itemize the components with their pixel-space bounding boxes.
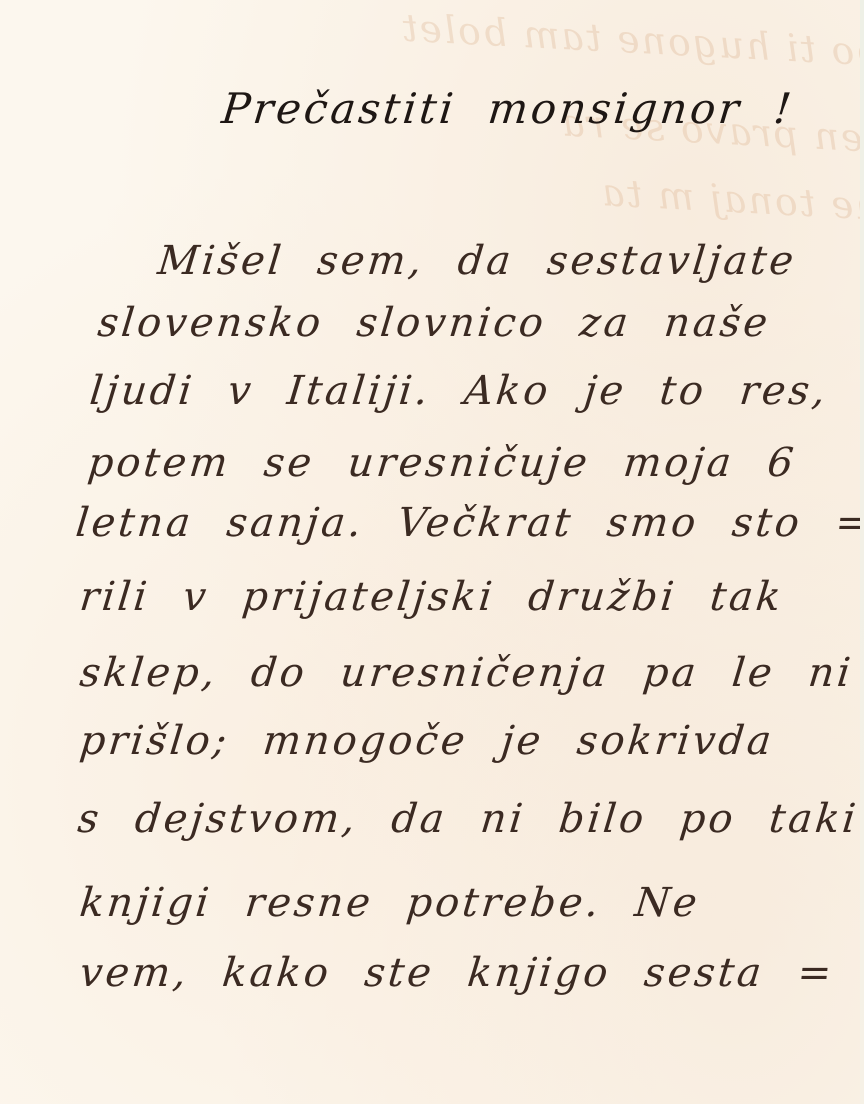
- letter-line: s dejstvom, da ni bilo po taki: [76, 796, 861, 842]
- page-edge: [860, 0, 864, 1104]
- letter-line: ljudi v Italiji. Ako je to res,: [88, 368, 831, 414]
- letter-line: sklep, do uresničenja pa le ni: [78, 650, 856, 696]
- letter-line: Mišel sem, da sestavljate: [156, 238, 799, 284]
- letter-line: vem, kako ste knjigo sesta =: [78, 950, 837, 996]
- letter-line: prišlo; mnogoče je sokrivda: [78, 718, 777, 764]
- salutation: Prečastiti monsignor !: [219, 84, 796, 133]
- letter-line: potem se uresničuje moja 6: [86, 440, 799, 486]
- letter-page: ocabo ti hugone tam bolet ila en pravo s…: [0, 0, 864, 1104]
- letter-line: knjigi resne potrebe. Ne: [78, 880, 703, 926]
- bleed-through-text: ocabo ti hugone tam bolet: [399, 6, 864, 79]
- letter-line: slovensko slovnico za naše: [96, 300, 773, 346]
- letter-line: rili v prijateljski družbi tak: [78, 574, 786, 620]
- bleed-through-text: k seme tonaj m ta: [599, 170, 864, 234]
- letter-line: letna sanja. Večkrat smo sto =: [74, 500, 864, 546]
